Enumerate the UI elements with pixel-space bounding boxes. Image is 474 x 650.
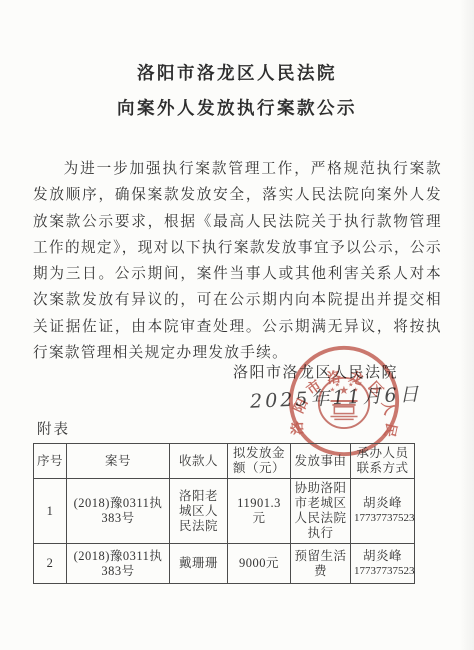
handler-phone: 17737737523 (354, 564, 411, 579)
issue-date-handwritten: 2025年11月6日 (249, 379, 422, 413)
cell-payee: 戴珊珊 (170, 544, 228, 584)
cell-reason: 预留生活费 (291, 544, 351, 584)
cell-handler-contact: 胡炎峰 17737737523 (351, 544, 415, 584)
disbursement-table: 序号 案号 收款人 拟发放金额（元） 发放事由 承办人员联系方式 1 (2018… (33, 443, 415, 584)
cell-amount: 11901.3元 (228, 479, 291, 544)
doc-title-line1: 洛阳市洛龙区人民法院 (0, 60, 474, 85)
handler-phone: 17737737523 (354, 511, 411, 526)
cell-no: 2 (34, 544, 67, 584)
cell-no: 1 (34, 479, 67, 544)
header-amount: 拟发放金额（元） (228, 444, 291, 479)
header-handler-contact: 承办人员联系方式 (351, 444, 415, 479)
header-payee: 收款人 (170, 444, 228, 479)
announcement-body: 为进一步加强执行案款管理工作，严格规范执行案款发放顺序，确保案款发放安全，落实人… (33, 156, 442, 366)
cell-payee: 洛阳老城区人民法院 (170, 479, 228, 544)
doc-title-line2: 向案外人发放执行案款公示 (0, 95, 474, 120)
cell-reason: 协助洛阳市老城区人民法院执行 (291, 479, 351, 544)
attachment-label: 附表 (37, 418, 70, 439)
issuer-signature: 洛阳市洛龙区人民法院 (0, 361, 398, 382)
table-header-row: 序号 案号 收款人 拟发放金额（元） 发放事由 承办人员联系方式 (34, 444, 415, 479)
table-row: 2 (2018)豫0311执 383号 戴珊珊 9000元 预留生活费 胡炎峰 … (34, 544, 415, 584)
handler-name: 胡炎峰 (354, 496, 411, 511)
header-case-no: 案号 (67, 444, 170, 479)
header-no: 序号 (34, 444, 67, 479)
cell-case-no: (2018)豫0311执 383号 (67, 479, 170, 544)
document-page: 洛阳市洛龙区人民法院 向案外人发放执行案款公示 为进一步加强执行案款管理工作，严… (0, 0, 474, 650)
header-reason: 发放事由 (291, 444, 351, 479)
handler-name: 胡炎峰 (354, 549, 411, 564)
cell-handler-contact: 胡炎峰 17737737523 (351, 479, 415, 544)
cell-amount: 9000元 (228, 544, 291, 584)
table-row: 1 (2018)豫0311执 383号 洛阳老城区人民法院 11901.3元 协… (34, 479, 415, 544)
cell-case-no: (2018)豫0311执 383号 (67, 544, 170, 584)
